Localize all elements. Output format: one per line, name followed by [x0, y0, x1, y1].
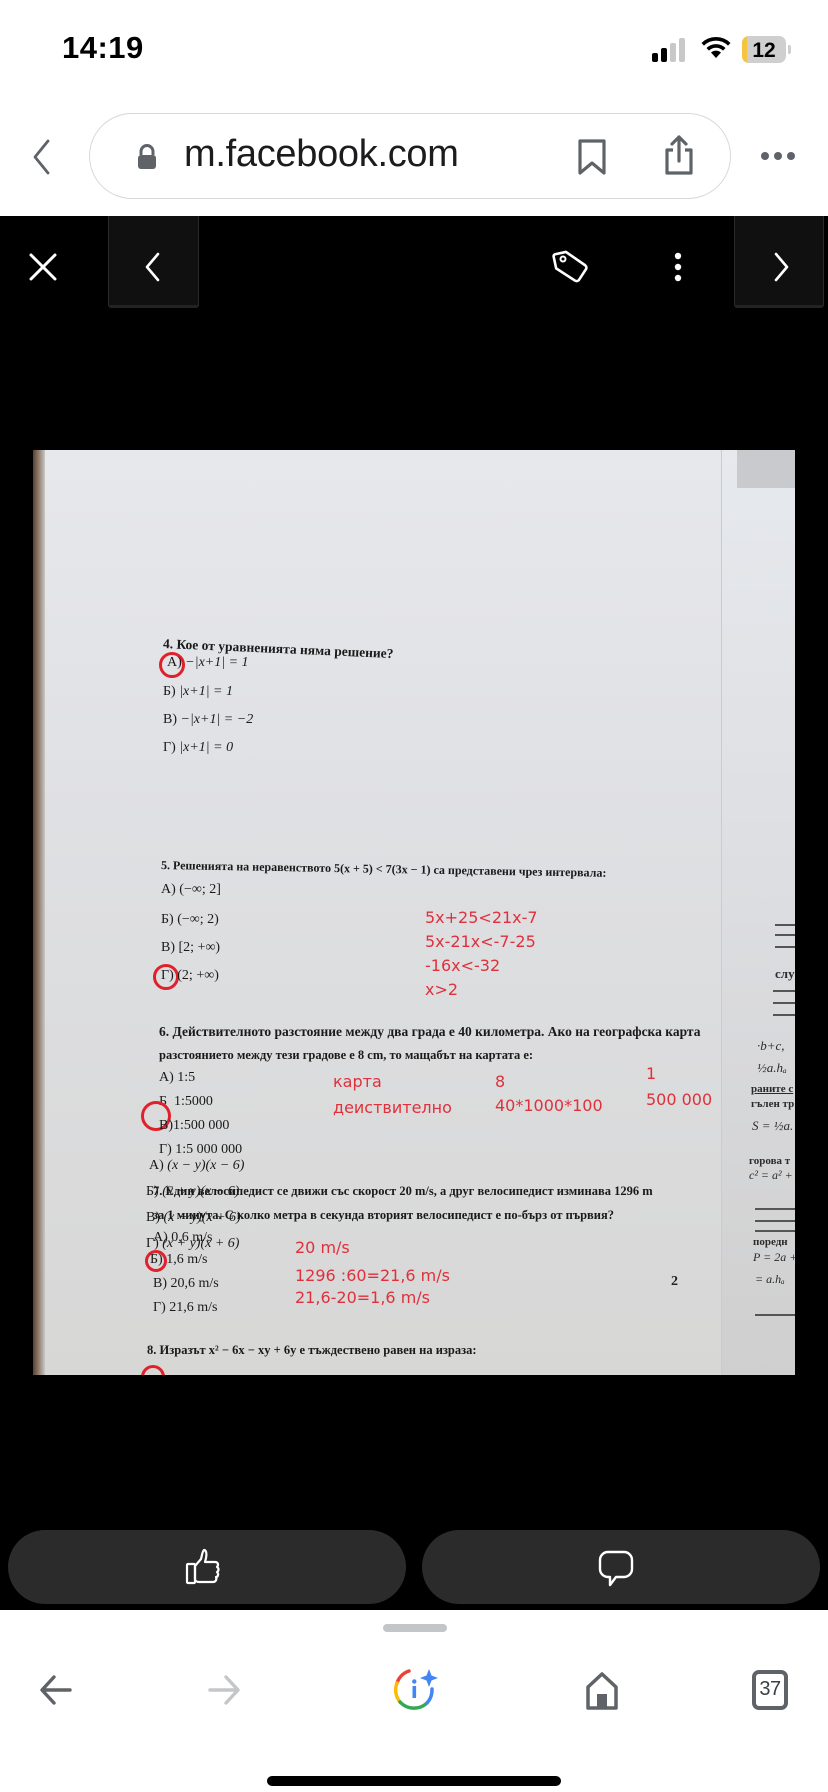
side-fragment: ·b+c, — [757, 1038, 785, 1054]
handwritten-note: 40*1000*100 — [495, 1096, 603, 1115]
chevron-right-icon[interactable] — [770, 248, 794, 286]
handwritten-note: 500 000 — [646, 1090, 712, 1109]
side-fragment: поредн — [753, 1236, 788, 1248]
handwritten-note: -16x<-32 — [425, 956, 500, 975]
side-fragment: раните с — [751, 1083, 793, 1095]
lock-icon — [136, 144, 158, 170]
status-time: 14:19 — [62, 30, 144, 66]
handwritten-note: 1 — [646, 1064, 656, 1083]
side-fragment: ½a.hₐ — [757, 1060, 787, 1076]
side-fragment: P = 2a + — [753, 1250, 795, 1265]
comment-button[interactable] — [422, 1530, 820, 1604]
more-vertical-icon[interactable] — [671, 252, 685, 282]
handwritten-note: 1296 :60=21,6 m/s — [295, 1266, 450, 1285]
handwritten-note: 20 m/s — [295, 1238, 350, 1257]
cellular-signal-icon — [652, 38, 686, 62]
page-number: 2 — [671, 1274, 678, 1290]
bookmark-icon[interactable] — [577, 138, 607, 176]
handwritten-note: деиствително — [333, 1098, 452, 1117]
wifi-icon — [700, 34, 732, 60]
handwritten-note: 21,6-20=1,6 m/s — [295, 1288, 430, 1307]
close-icon[interactable] — [22, 246, 64, 288]
tag-icon[interactable] — [552, 246, 592, 286]
status-bar: 14:19 12 — [0, 0, 828, 100]
browser-toolbar: 37 — [0, 1610, 828, 1792]
url-text[interactable]: m.facebook.com — [184, 133, 459, 176]
handwritten-note: 5x-21x<-7-25 — [425, 932, 536, 951]
thumbs-up-icon — [184, 1548, 224, 1586]
side-fragment: гълен тр — [751, 1098, 794, 1110]
handwritten-note: 5x+25<21x-7 — [425, 908, 538, 927]
battery-percent: 12 — [742, 39, 786, 63]
phone-screen: 14:19 12 m.facebook.com — [0, 0, 828, 1792]
like-button[interactable] — [8, 1530, 406, 1604]
handwritten-note: карта — [333, 1072, 382, 1091]
chevron-left-icon[interactable] — [28, 138, 56, 176]
tab-switcher-button[interactable]: 37 — [752, 1670, 788, 1710]
sheet-handle[interactable] — [383, 1624, 447, 1632]
arrow-right-icon[interactable] — [206, 1672, 242, 1708]
handwritten-note: x>2 — [425, 980, 458, 999]
battery-indicator: 12 — [742, 36, 786, 63]
handwritten-note: 8 — [495, 1072, 505, 1091]
side-fragment: S = ½a. — [752, 1118, 793, 1134]
side-fragment: слу — [775, 966, 795, 982]
home-indicator — [267, 1776, 561, 1786]
side-fragment: c² = a² + — [749, 1168, 793, 1183]
share-icon[interactable] — [662, 134, 696, 176]
google-lens-icon[interactable] — [392, 1667, 440, 1713]
arrow-left-icon[interactable] — [38, 1672, 74, 1708]
side-fragment: = a.hₐ — [755, 1272, 785, 1287]
photo-viewer: слу ·b+c, ½a.hₐ раните с гълен тр S = ½a… — [0, 216, 828, 1610]
comment-icon — [598, 1548, 636, 1588]
more-horizontal-icon[interactable] — [760, 150, 796, 162]
chevron-left-icon[interactable] — [140, 248, 164, 286]
tab-count: 37 — [756, 1678, 784, 1701]
side-fragment: горова т — [749, 1155, 790, 1167]
home-icon[interactable] — [585, 1672, 619, 1710]
